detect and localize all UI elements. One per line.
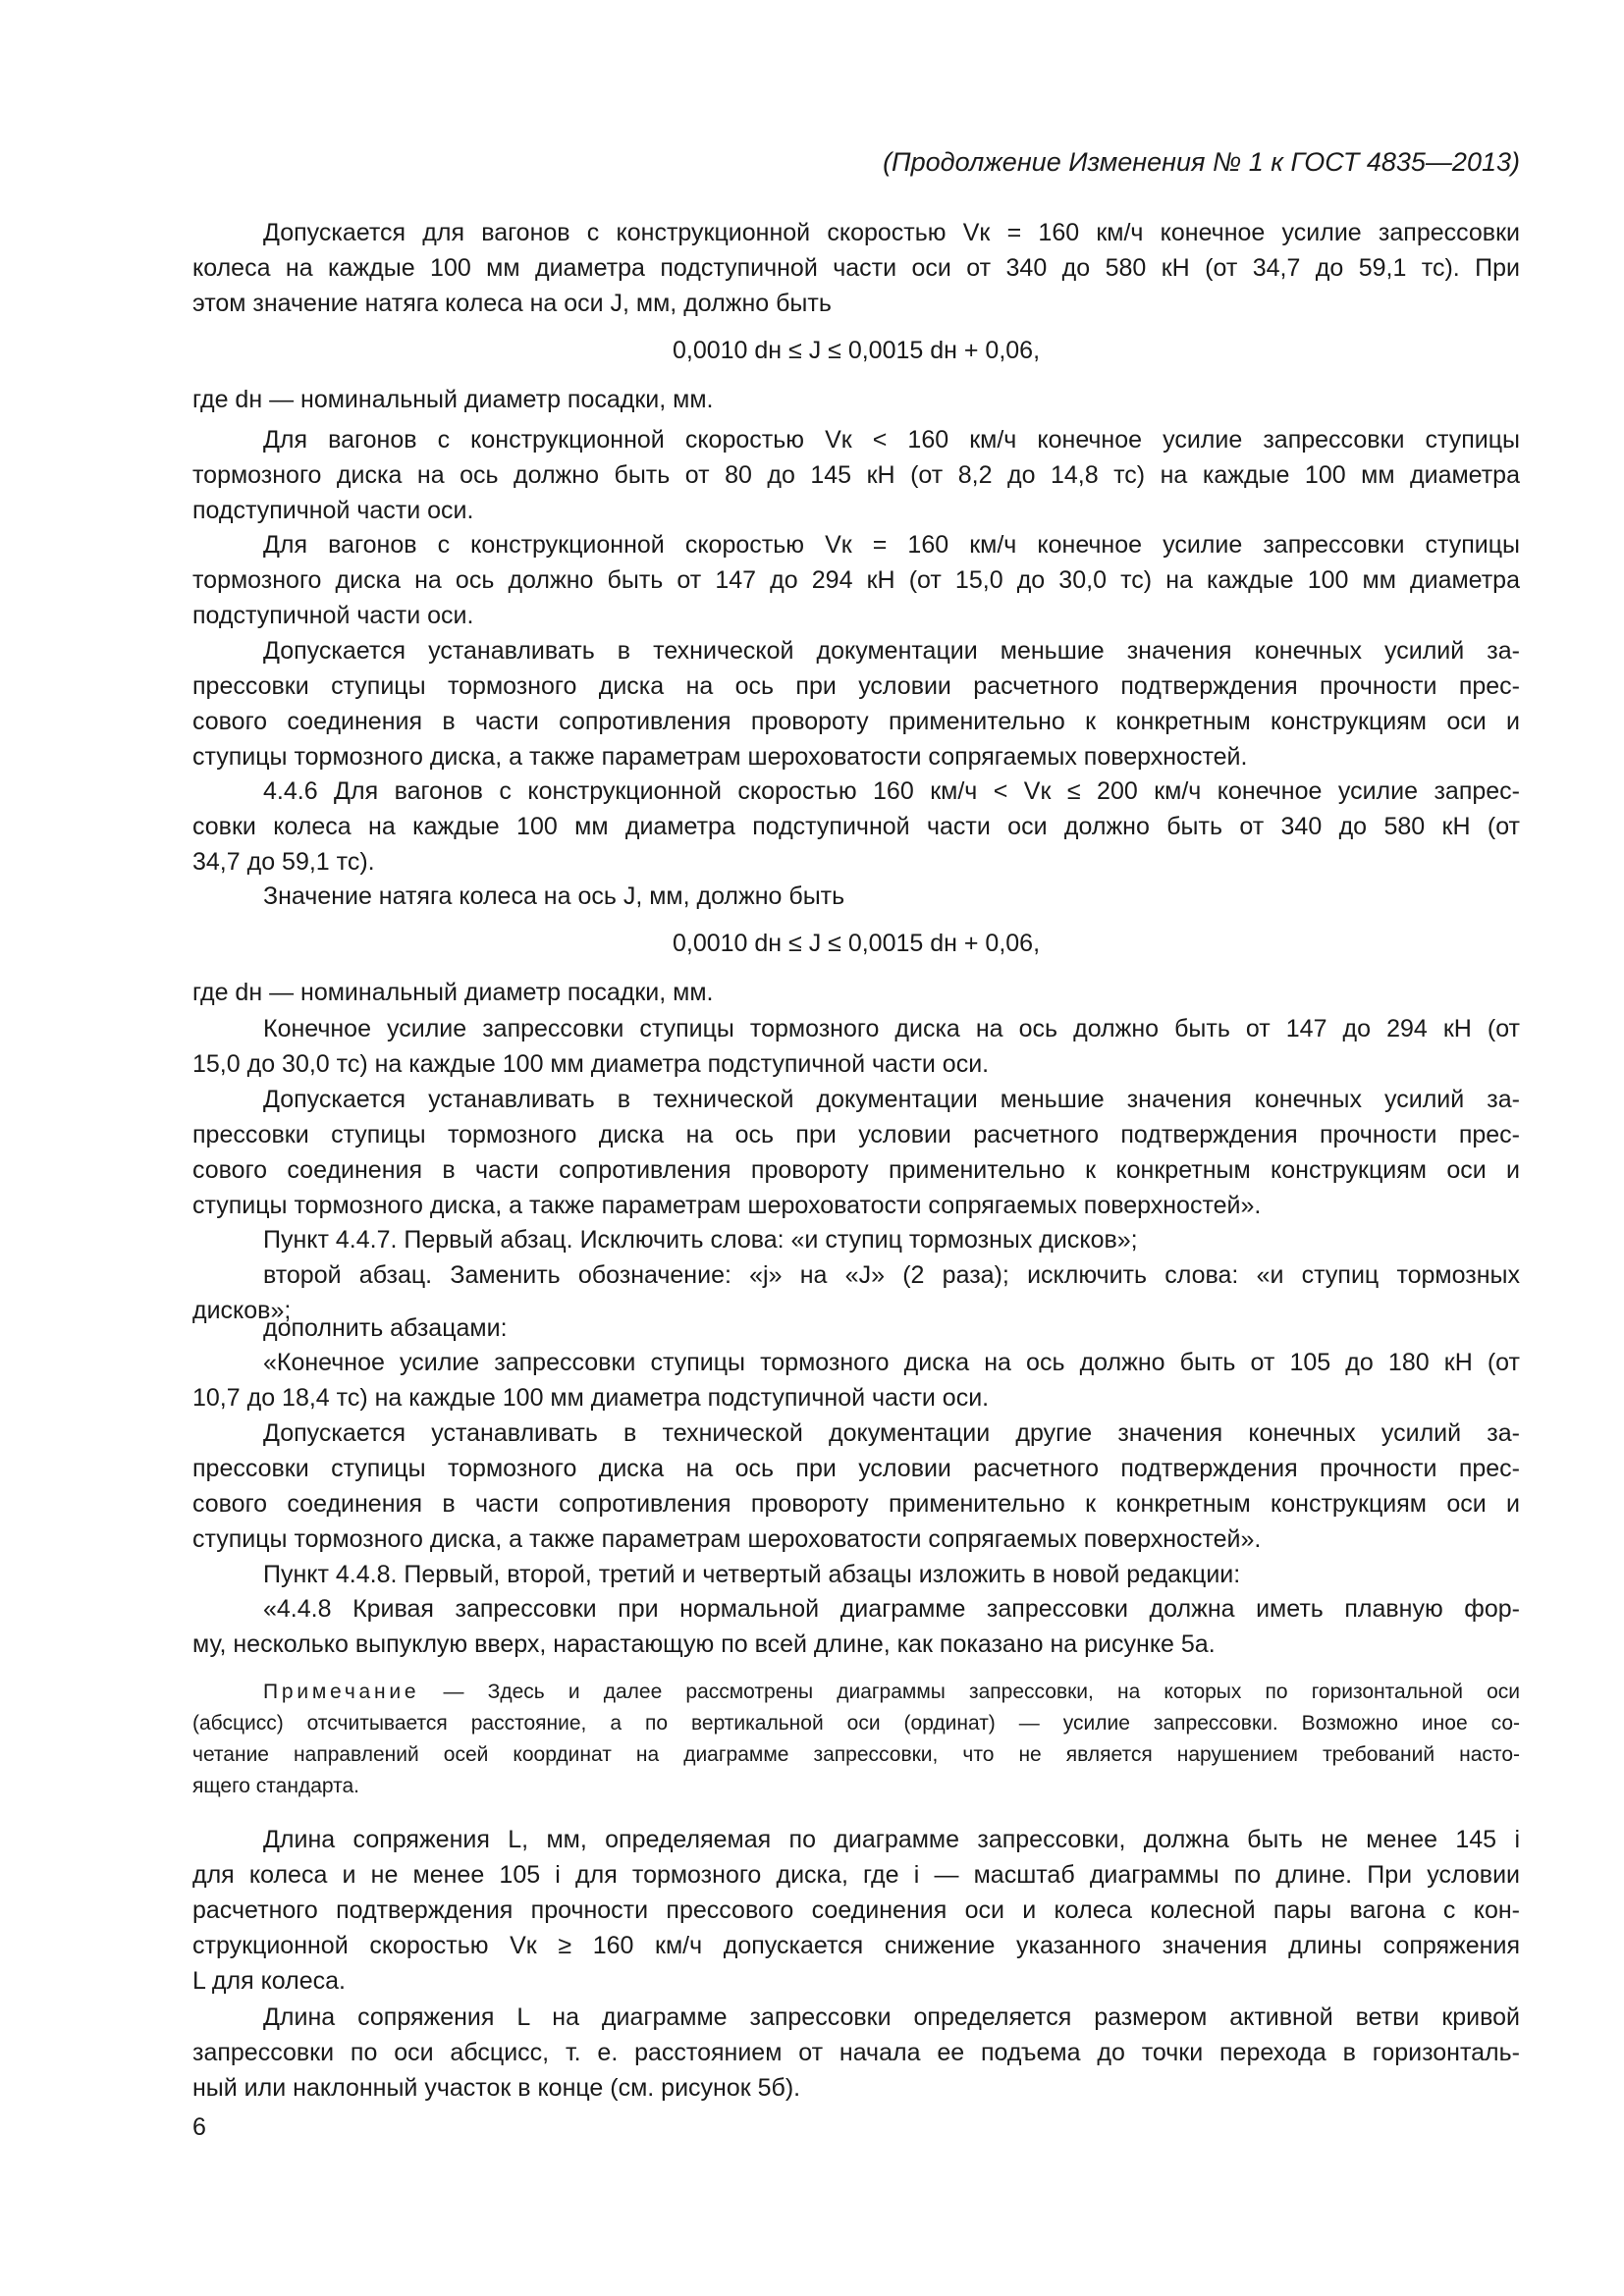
text-line: прессовки ступицы тормозного диска на ос…	[192, 1451, 1520, 1486]
text-line: Пункт 4.4.7. Первый абзац. Исключить сло…	[192, 1222, 1520, 1257]
text-line: колеса на каждые 100 мм диаметра подступ…	[192, 250, 1520, 286]
text-line: «4.4.8 Кривая запрессовки при нормальной…	[192, 1591, 1520, 1627]
text-line: прессовки ступицы тормозного диска на ос…	[192, 1117, 1520, 1152]
text-line: Допускается устанавливать в технической …	[192, 1082, 1520, 1117]
text-line: Значение натяга колеса на ось J, мм, дол…	[192, 879, 1520, 914]
text-line: сового соединения в части сопротивления …	[192, 704, 1520, 739]
text-line: Допускается устанавливать в технической …	[192, 1415, 1520, 1451]
page-number: 6	[192, 2113, 206, 2142]
text-line: второй абзац. Заменить обозначение: «j» …	[192, 1257, 1520, 1293]
text-line: 34,7 до 59,1 тс).	[192, 844, 1520, 880]
formula: 0,0010 dн ≤ J ≤ 0,0015 dн + 0,06,	[192, 333, 1520, 368]
note-line: ящего стандарта.	[192, 1771, 1520, 1802]
text-line: 4.4.6 Для вагонов с конструкционной скор…	[192, 774, 1520, 809]
note-line: (абсцисс) отсчитывается расстояние, а по…	[192, 1708, 1520, 1739]
text-line: 15,0 до 30,0 тс) на каждые 100 мм диамет…	[192, 1046, 1520, 1082]
text-line: дополнить абзацами:	[192, 1310, 1520, 1346]
text-line: подступичной части оси.	[192, 598, 1520, 633]
text-line: сового соединения в части сопротивления …	[192, 1152, 1520, 1188]
text-line: Для вагонов с конструкционной скоростью …	[192, 422, 1520, 457]
text-line: Допускается устанавливать в технической …	[192, 633, 1520, 668]
text-line: ступицы тормозного диска, а также параме…	[192, 1188, 1520, 1223]
text-line: Пункт 4.4.8. Первый, второй, третий и че…	[192, 1557, 1520, 1592]
text-line: Для вагонов с конструкционной скоростью …	[192, 527, 1520, 562]
note-text: — Здесь и далее рассмотрены диаграммы за…	[444, 1681, 1521, 1703]
text-line: тормозного диска на ось должно быть от 1…	[192, 562, 1520, 598]
text-line: прессовки ступицы тормозного диска на ос…	[192, 668, 1520, 704]
text-line: ный или наклонный участок в конце (см. р…	[192, 2070, 1520, 2106]
formula-legend: где dн — номинальный диаметр посадки, мм…	[192, 975, 1520, 1010]
text-line: для колеса и не менее 105 i для тормозно…	[192, 1857, 1520, 1893]
text-line: му, несколько выпуклую вверх, нарастающу…	[192, 1627, 1520, 1662]
text-line: запрессовки по оси абсцисс, т. е. рассто…	[192, 2035, 1520, 2070]
text-line: сового соединения в части сопротивления …	[192, 1486, 1520, 1522]
text-line: совки колеса на каждые 100 мм диаметра п…	[192, 809, 1520, 844]
text-line: Длина сопряжения L, мм, определяемая по …	[192, 1822, 1520, 1857]
text-line: «Конечное усилие запрессовки ступицы тор…	[192, 1345, 1520, 1380]
text-line: расчетного подтверждения прочности пресс…	[192, 1893, 1520, 1928]
note-label: Примечание	[263, 1681, 419, 1703]
text-line: тормозного диска на ось должно быть от 8…	[192, 457, 1520, 493]
note-line: четание направлений осей координат на ди…	[192, 1739, 1520, 1771]
formula-legend: где dн — номинальный диаметр посадки, мм…	[192, 382, 1520, 417]
text-line: этом значение натяга колеса на оси J, мм…	[192, 286, 1520, 321]
text-line: подступичной части оси.	[192, 493, 1520, 528]
text-line: L для колеса.	[192, 1963, 1520, 1999]
formula: 0,0010 dн ≤ J ≤ 0,0015 dн + 0,06,	[192, 926, 1520, 961]
text-line: Длина сопряжения L на диаграмме запрессо…	[192, 2000, 1520, 2035]
note-line: Примечание — Здесь и далее рассмотрены д…	[192, 1677, 1520, 1708]
text-line: ступицы тормозного диска, а также параме…	[192, 739, 1520, 774]
running-header: (Продолжение Изменения № 1 к ГОСТ 4835—2…	[883, 147, 1520, 178]
text-line: Конечное усилие запрессовки ступицы торм…	[192, 1011, 1520, 1046]
text-line: 10,7 до 18,4 тс) на каждые 100 мм диамет…	[192, 1380, 1520, 1415]
text-line: Допускается для вагонов с конструкционно…	[192, 215, 1520, 250]
text-line: ступицы тормозного диска, а также параме…	[192, 1522, 1520, 1557]
text-line: струкционной скоростью Vк ≥ 160 км/ч доп…	[192, 1928, 1520, 1963]
